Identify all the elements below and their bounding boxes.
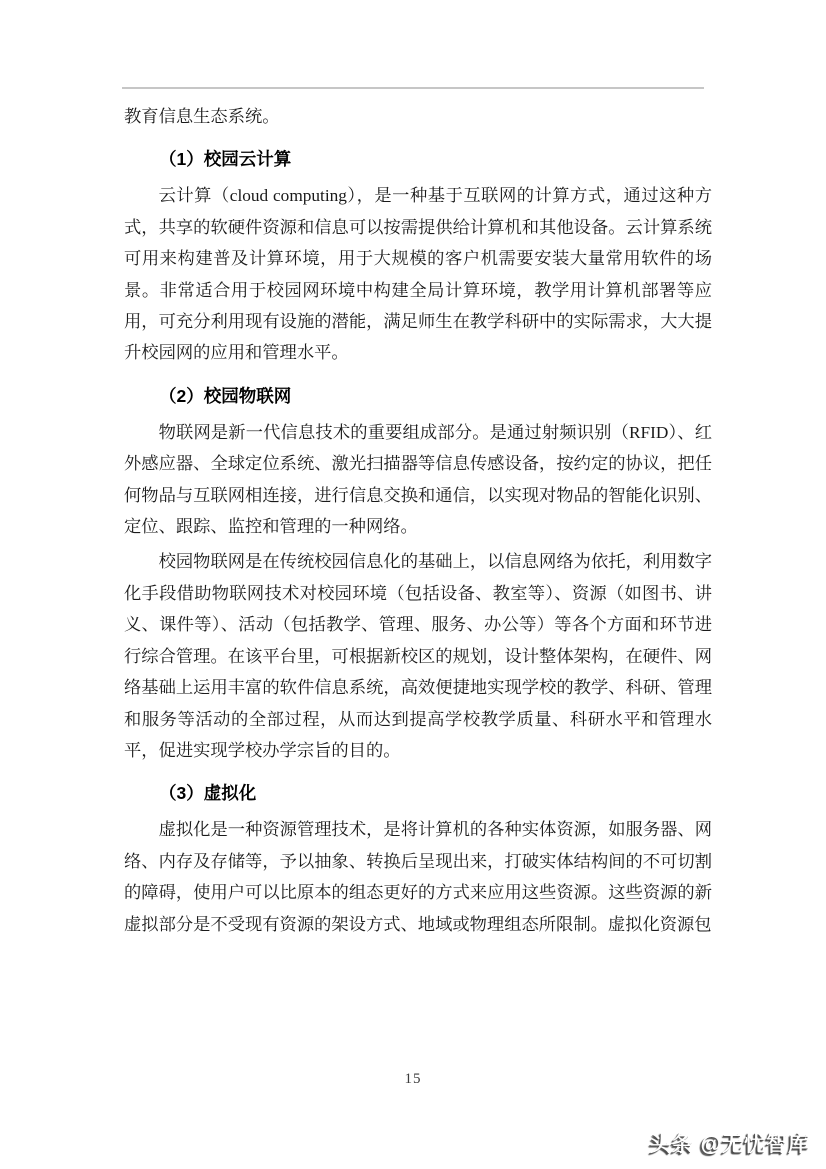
paragraph-virtualization: 虚拟化是一种资源管理技术，是将计算机的各种实体资源，如服务器、网络、内存及存储等… [124, 814, 712, 940]
section-heading-virtualization: （3）虚拟化 [124, 777, 712, 809]
page-content: 教育信息生态系统。 （1）校园云计算 云计算（cloud computing），… [124, 101, 712, 944]
header-divider [122, 87, 704, 89]
paragraph-cloud-computing: 云计算（cloud computing），是一种基于互联网的计算方式，通过这种方… [124, 180, 712, 368]
intro-continuation-line: 教育信息生态系统。 [124, 101, 712, 132]
section-heading-cloud-computing: （1）校园云计算 [124, 143, 712, 175]
paragraph-campus-iot: 校园物联网是在传统校园信息化的基础上，以信息网络为依托，利用数字化手段借助物联网… [124, 546, 712, 766]
watermark-text: 头条 @无忧智库 [650, 1128, 810, 1158]
paragraph-iot-definition: 物联网是新一代信息技术的重要组成部分。是通过射频识别（RFID）、红外感应器、全… [124, 417, 712, 543]
section-heading-iot: （2）校园物联网 [124, 380, 712, 412]
page-number: 15 [0, 1071, 826, 1088]
document-page: 教育信息生态系统。 （1）校园云计算 云计算（cloud computing），… [0, 0, 826, 1169]
